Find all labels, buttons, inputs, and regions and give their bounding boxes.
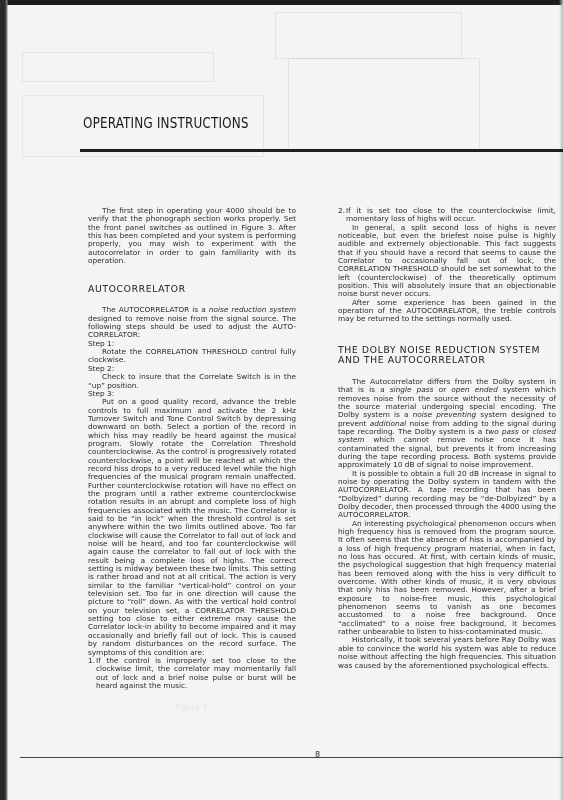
general-paragraph: In general, a split second loss of highs… [338,224,556,299]
symptom-number: 2. [338,207,346,224]
autocorrelator-paragraph: The AUTOCORRELATOR is a noise reduction … [88,306,296,339]
right-column: 2. If it is set too close to the counter… [338,207,556,670]
section-heading-autocorrelator: AUTOCORRELATOR [88,285,296,295]
symptom-text: If it is set too close to the counterclo… [346,207,556,224]
dolby-paragraph-1: The Autocorrelator differs from the Dolb… [338,378,556,470]
page-title: OPERATING INSTRUCTIONS [83,114,249,132]
title-rule [80,149,563,152]
bleed-through-caption: Figure 3 [175,703,207,712]
step-2-text: Check to insure that the Correlate Switc… [88,373,296,390]
dolby-paragraph-3: An interesting psychological phenomenon … [338,520,556,637]
symptom-item: 1. If the control is improperly set too … [88,657,296,690]
scan-left-edge [0,0,8,800]
step-1-text: Rotate the CORRELATION THRESHOLD control… [88,348,296,365]
section-heading-dolby: THE DOLBY NOISE REDUCTION SYSTEM AND THE… [338,346,556,366]
symptom-item: 2. If it is set too close to the counter… [338,207,556,224]
step-3-text: Put on a good quality record, advance th… [88,398,296,657]
intro-paragraph: The first step in operating your 4000 sh… [88,207,296,265]
scan-right-edge [559,0,563,800]
scan-top-edge [0,0,563,5]
bleed-through-box [275,12,462,59]
bottom-rule [20,757,563,758]
bleed-through-box [288,58,480,150]
dolby-paragraph-2: It is possible to obtain a full 20 dB in… [338,470,556,520]
bleed-through-box [22,52,214,82]
left-column: The first step in operating your 4000 sh… [88,207,296,690]
symptom-number: 1. [88,657,96,690]
experience-paragraph: After some experience has been gained in… [338,299,556,324]
symptom-text: If the control is improperly set too clo… [96,657,296,690]
dolby-paragraph-4: Historically, it took several years befo… [338,636,556,669]
